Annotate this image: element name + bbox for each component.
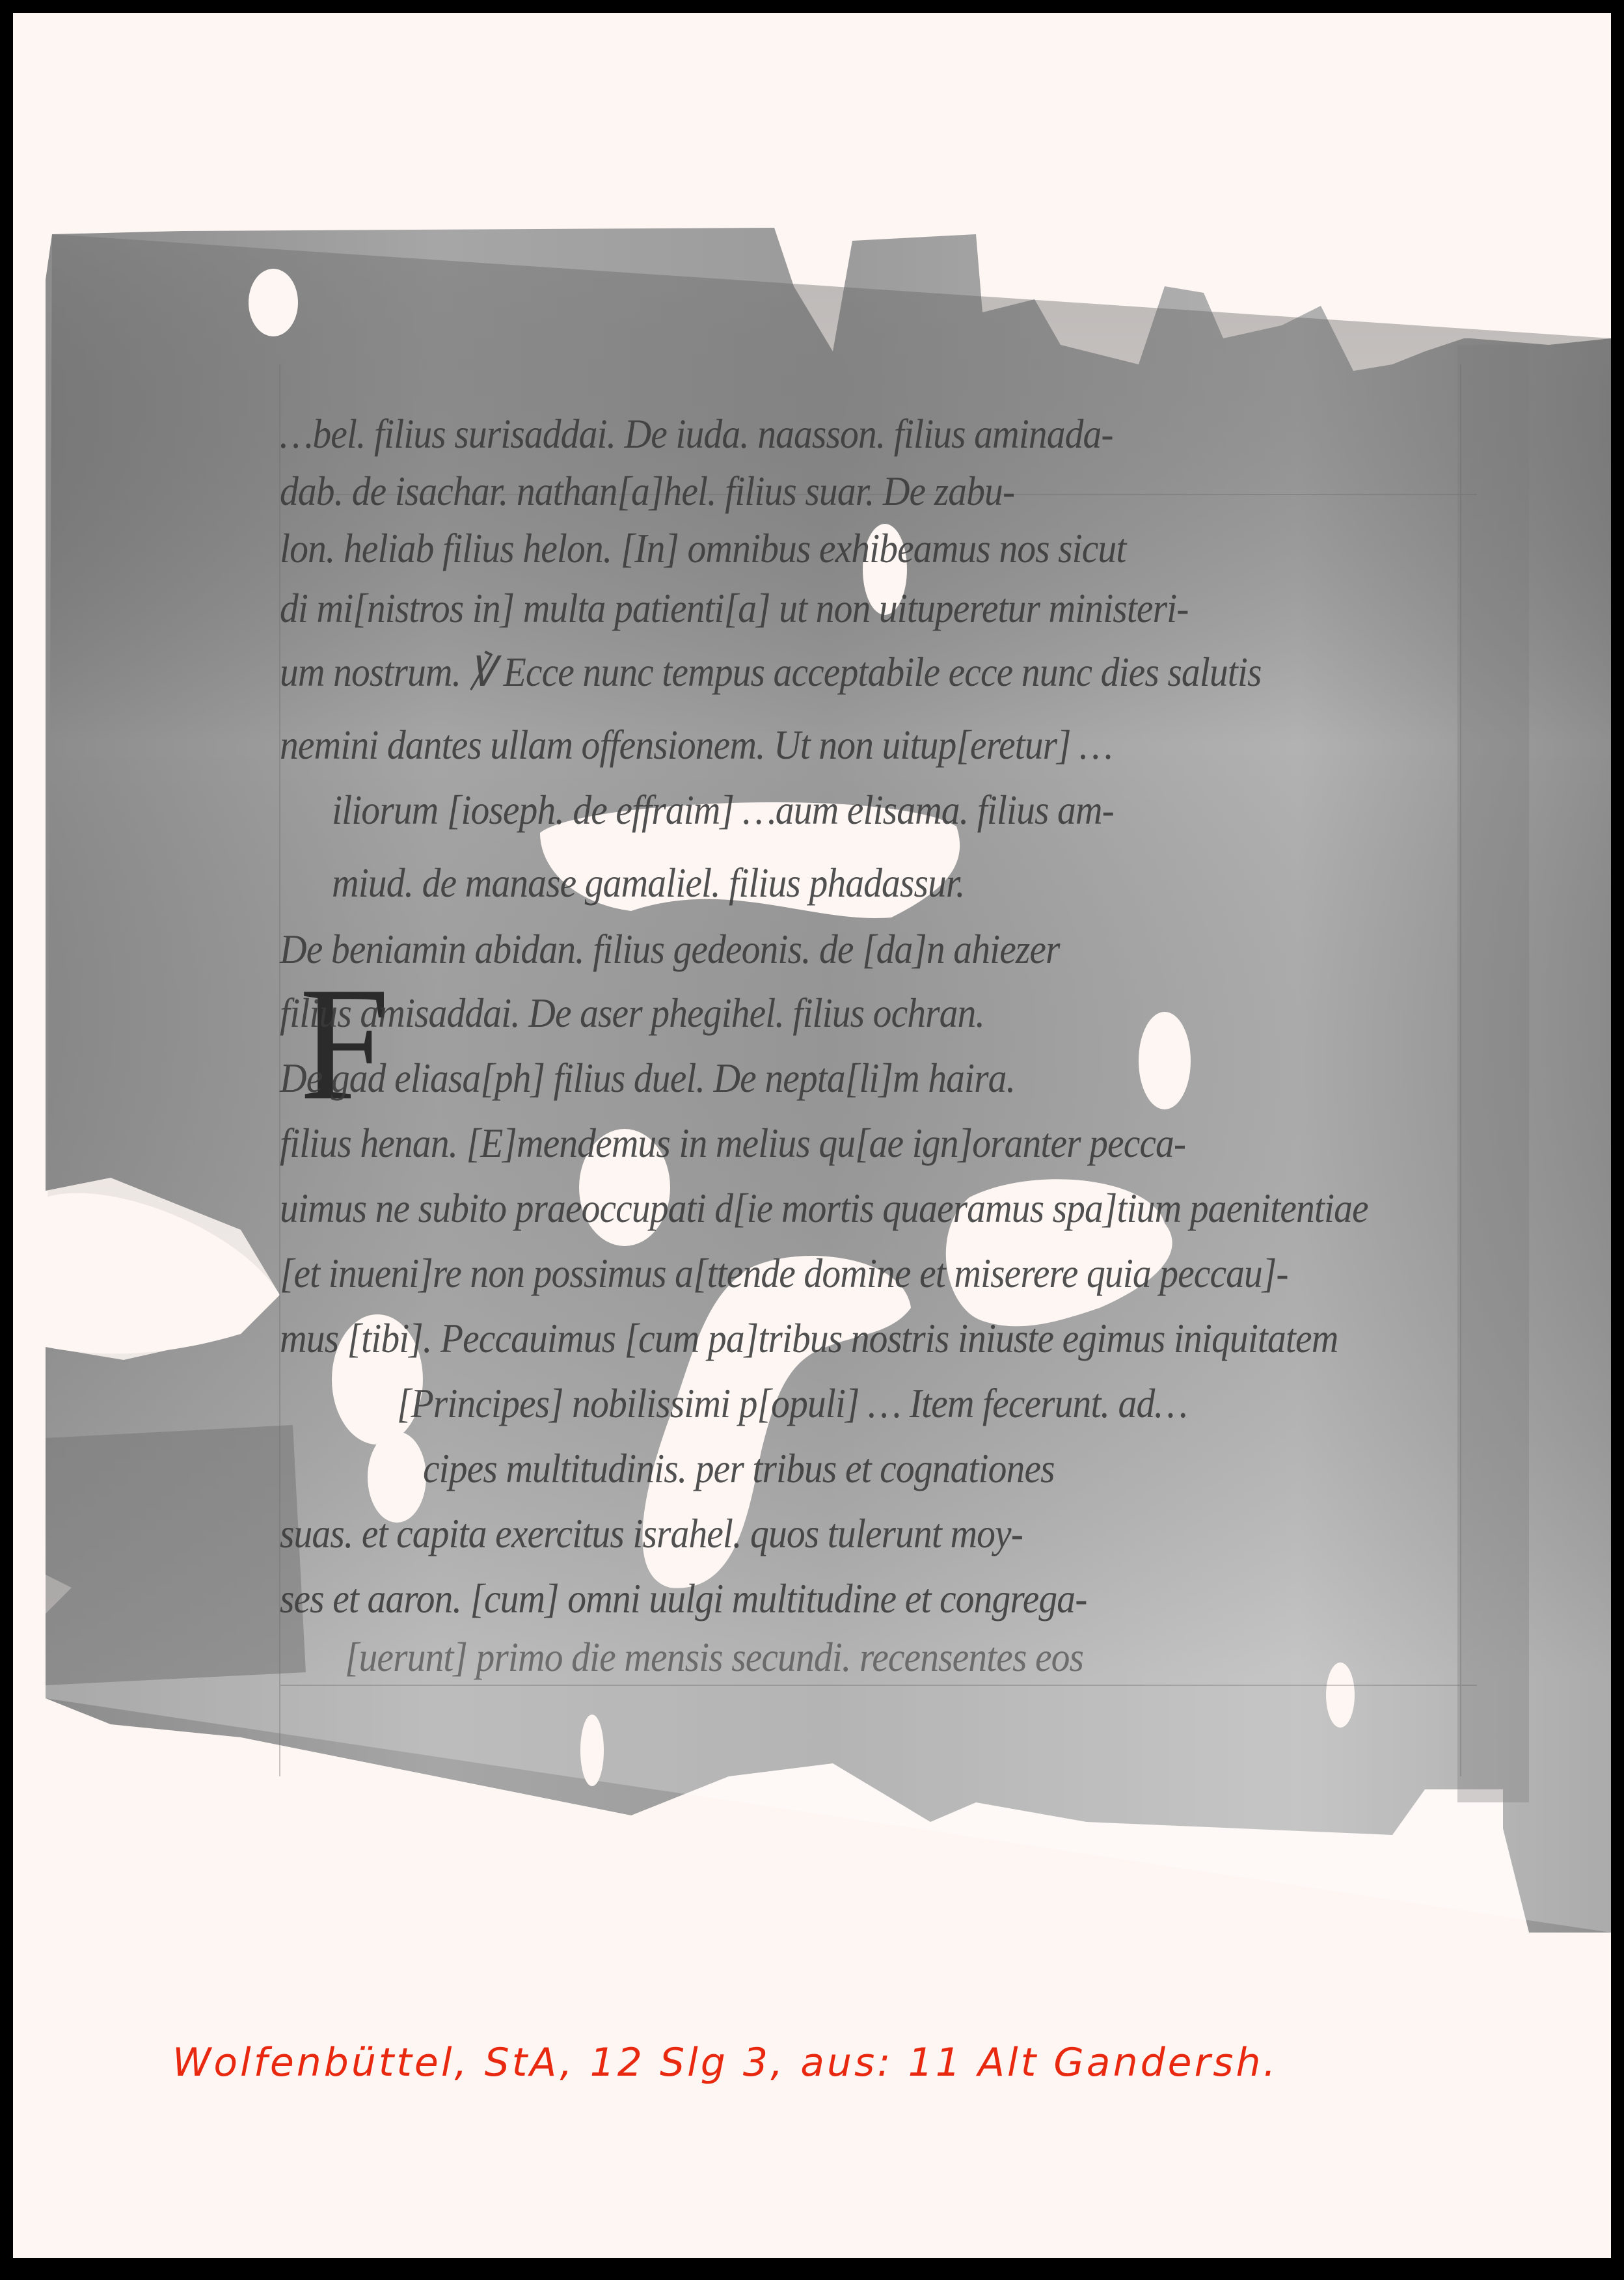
manuscript-line: De gad eliasa[ph] filius duel. De nepta[…: [280, 1054, 1015, 1102]
manuscript-line: [uerunt] primo die mensis secundi. recen…: [345, 1633, 1083, 1681]
manuscript-line: iliorum [ioseph. de effraim] …aum elisam…: [332, 786, 1114, 834]
photo-sheet: F …bel. filius surisaddai. De iuda. naas…: [13, 13, 1611, 2258]
manuscript-line: um nostrum. ℣ Ecce nunc tempus acceptabi…: [280, 648, 1261, 696]
manuscript-line: uimus ne subito praeoccupati d[ie mortis…: [280, 1184, 1368, 1232]
manuscript-line: filius henan. [E]mendemus in melius qu[a…: [280, 1119, 1185, 1167]
archival-shelfmark-annotation: Wolfenbüttel, StA, 12 Slg 3, aus: 11 Alt…: [172, 2040, 1279, 2085]
manuscript-line: …bel. filius surisaddai. De iuda. naasso…: [280, 410, 1113, 458]
manuscript-line: di mi[nistros in] multa patienti[a] ut n…: [280, 584, 1188, 632]
manuscript-line: dab. de isachar. nathan[a]hel. filius su…: [280, 467, 1014, 515]
manuscript-line: [Principes] nobilissimi p[opuli] … Item …: [397, 1379, 1187, 1428]
manuscript-line: lon. heliab filius helon. [In] omnibus e…: [280, 524, 1126, 573]
manuscript-line: mus [tibi]. Peccauimus [cum pa]tribus no…: [280, 1314, 1338, 1363]
manuscript-line: suas. et capita exercitus israhel. quos …: [280, 1510, 1023, 1558]
manuscript-line: filius amisaddai. De aser phegihel. fili…: [280, 989, 984, 1037]
manuscript-line: [et inueni]re non possimus a[ttende domi…: [280, 1249, 1288, 1297]
manuscript-fragment: F …bel. filius surisaddai. De iuda. naas…: [46, 215, 1611, 1933]
manuscript-line: nemini dantes ullam offensionem. Ut non …: [280, 721, 1112, 769]
manuscript-line: ses et aaron. [cum] omni uulgi multitudi…: [280, 1575, 1087, 1623]
manuscript-line: cipes multitudinis. per tribus et cognat…: [423, 1445, 1055, 1493]
manuscript-line: De beniamin abidan. filius gedeonis. de …: [280, 925, 1060, 973]
manuscript-line: miud. de manase gamaliel. filius phadass…: [332, 859, 965, 907]
